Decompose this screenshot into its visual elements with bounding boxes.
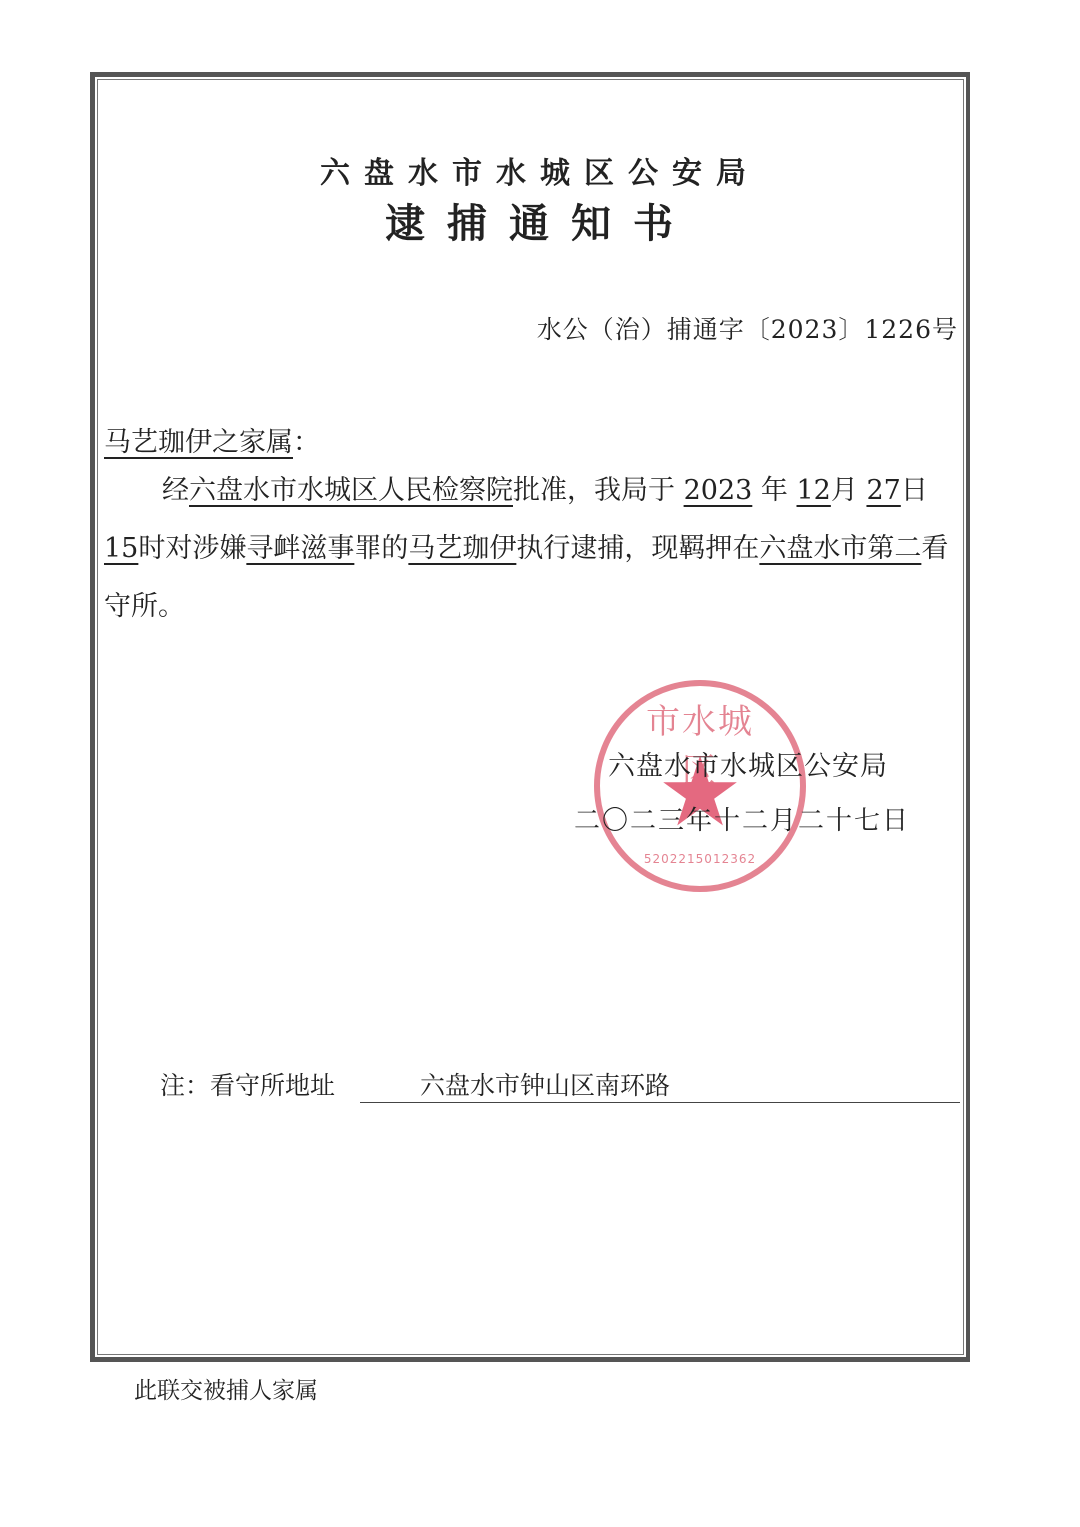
text-lead: 经 bbox=[162, 475, 189, 506]
detention-address: 六盘水市钟山区南环路 bbox=[420, 1066, 670, 1102]
note-label: 注：看守所地址 bbox=[160, 1066, 335, 1102]
action-text: 执行逮捕，现羁押在 bbox=[516, 533, 759, 564]
signature-date: 二〇二三年十二月二十七日 bbox=[574, 800, 910, 837]
seal-code: 5202215012362 bbox=[640, 852, 760, 866]
approving-authority: 六盘水市水城区人民检察院 bbox=[189, 475, 513, 506]
detention-center: 六盘水市第二 bbox=[759, 533, 921, 564]
recipient-name: 马艺珈伊之家属 bbox=[104, 427, 293, 458]
year-unit: 年 bbox=[761, 475, 788, 506]
signature-organization: 六盘水市水城区公安局 bbox=[608, 744, 888, 783]
text-mid: 批准，我局于 bbox=[513, 475, 675, 506]
arrest-year: 2023 bbox=[684, 475, 753, 506]
document-border bbox=[90, 72, 970, 1362]
official-seal: 市水城区 ★ 5202215012362 bbox=[594, 680, 806, 892]
charge: 寻衅滋事 bbox=[246, 533, 354, 564]
copy-designation: 此联交被捕人家属 bbox=[134, 1372, 318, 1405]
notice-paragraph: 经六盘水市水城区人民检察院批准，我局于 2023 年 12月 27日15时对涉嫌… bbox=[104, 462, 964, 636]
recipient-colon: ： bbox=[293, 427, 320, 458]
arrest-hour: 15 bbox=[104, 533, 138, 564]
document-number: 水公（治）捕通字〔2023〕1226号 bbox=[537, 310, 958, 346]
arrest-month: 12 bbox=[797, 475, 831, 506]
day-unit: 日 bbox=[901, 475, 928, 506]
hour-unit: 时对涉嫌 bbox=[138, 533, 246, 564]
address-underline bbox=[360, 1102, 960, 1103]
charge-suffix: 罪的 bbox=[354, 533, 408, 564]
arrest-day: 27 bbox=[866, 475, 900, 506]
suspect-name: 马艺珈伊 bbox=[408, 533, 516, 564]
month-unit: 月 bbox=[831, 475, 858, 506]
document-title: 逮捕通知书 bbox=[0, 192, 1080, 249]
issuing-organization: 六盘水市水城区公安局 bbox=[0, 148, 1080, 192]
